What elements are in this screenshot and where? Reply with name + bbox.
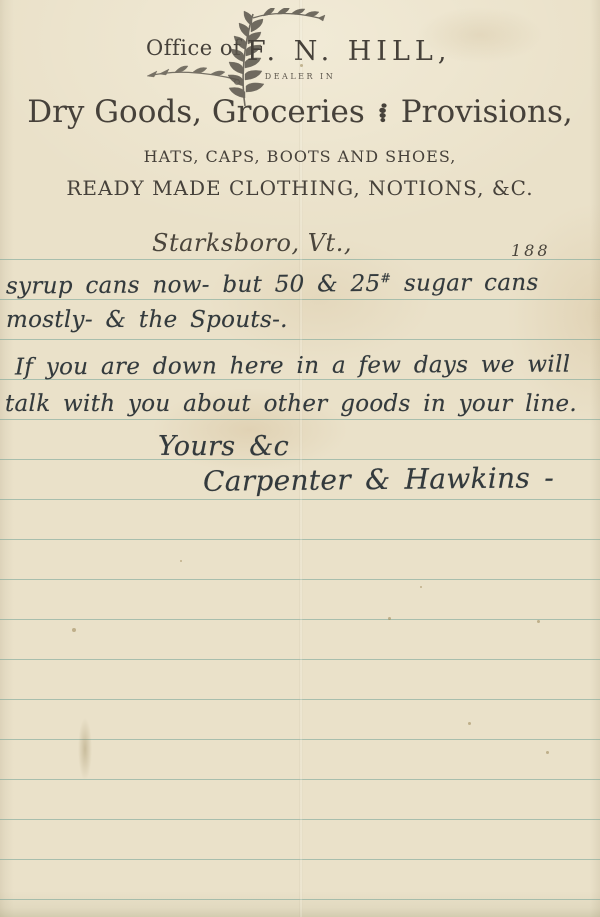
goods-headline: Dry Goods, Groceries Provisions, <box>0 94 600 130</box>
stain-streak <box>78 718 92 780</box>
dateline-year: 188 <box>511 241 551 260</box>
foxing-speck <box>537 620 540 623</box>
handwriting-line-3: If you are down here in a few days we wi… <box>15 352 570 381</box>
foxing-speck <box>468 722 471 725</box>
dateline-place: Starksboro, Vt., <box>152 229 352 257</box>
handwriting-line-2: mostly- & the Spouts-. <box>6 307 288 333</box>
fold-crease <box>299 0 303 917</box>
hats-subline: HATS, CAPS, BOOTS AND SHOES, <box>0 147 600 166</box>
letter-page: Office of <box>0 0 600 917</box>
foxing-speck <box>420 586 422 588</box>
foxing-speck <box>180 560 182 562</box>
dealer-in-label: DEALER IN <box>0 72 600 81</box>
goods-headline-left: Dry Goods, Groceries <box>27 94 365 130</box>
clothing-subline: READY MADE CLOTHING, NOTIONS, &C. <box>0 176 600 200</box>
foxing-speck <box>72 628 76 632</box>
closing-line: Yours &c <box>158 431 289 462</box>
handwriting-line-1: syrup cans now- but 50 & 25# sugar cans <box>6 269 539 299</box>
handwriting-line-4: talk with you about other goods in your … <box>5 391 577 417</box>
company-name: F. N. HILL, <box>247 36 451 67</box>
foxing-speck <box>546 751 549 754</box>
pound-superscript: # <box>380 270 391 285</box>
foxing-speck <box>388 617 391 620</box>
signature-line: Carpenter & Hawkins - <box>203 461 554 498</box>
goods-headline-right: Provisions, <box>401 94 573 130</box>
leaf-separator-icon <box>374 101 391 125</box>
